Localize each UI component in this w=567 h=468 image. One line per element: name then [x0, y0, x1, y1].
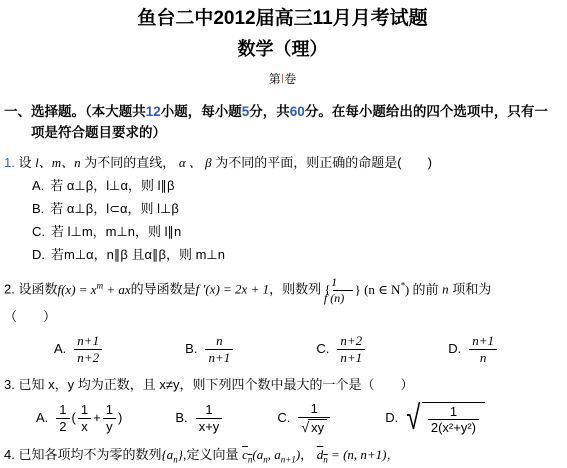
fraction: 1f (n) [333, 276, 353, 304]
formula-text: } (n ∈ N [355, 282, 401, 297]
fraction: 1y [103, 403, 116, 433]
fraction-denominator: n+1 [205, 349, 233, 365]
stem-text: 的导函数是 [131, 282, 196, 297]
formula-domain: } (n ∈ N*) 的前 [355, 282, 439, 297]
question-2-option-d: D.n+1n [448, 334, 499, 364]
fraction-numerator: n [205, 334, 233, 349]
formula-derivative: f ′(x) = 2x + 1 [196, 282, 269, 297]
fraction-denominator: 2(x²+y²) [428, 419, 479, 435]
option-label: A. [36, 409, 48, 428]
sqrt-symbol: √ [407, 401, 421, 435]
question-1-option-b: B.若 α⊥β，l⊂α，则 l⊥β [32, 199, 561, 219]
question-2: 2. 设函数f(x) = xm + ax的导函数是f ′(x) = 2x + 1… [4, 276, 561, 364]
fraction-denominator: √xy [298, 417, 330, 435]
fraction-denominator: n+2 [74, 349, 102, 365]
question-3-options: A.12(1x+1y) B.1x+y C.1√xy D.√12(x²+y²) [4, 401, 561, 435]
vector-d: dn = (n, n+1)， [317, 447, 400, 462]
question-4: 4. 已知各项均不为零的数列{an},定义向量 cn(an, an+1)， dn… [4, 446, 561, 465]
question-2-option-a: A.n+1n+2 [54, 334, 104, 364]
option-label: C. [316, 340, 329, 359]
exam-title: 鱼台二中2012届高三11月月考试题 [4, 8, 561, 31]
fraction-denominator: x+y [196, 418, 223, 434]
question-3-option-d: D.√12(x²+y²) [385, 401, 485, 435]
question-2-options: A.n+1n+2 B.nn+1 C.n+2n+1 D.n+1n [4, 334, 561, 364]
fraction-numerator: 1 [298, 402, 330, 417]
formula-fx: f(x) = xm + ax [57, 282, 130, 297]
stem-text: ，则下列四个数中最大的一个是（ ） [179, 377, 413, 392]
option-label: A. [54, 340, 66, 359]
sqrt-argument: xy [308, 419, 327, 435]
question-3-stem: 3. 已知 x，y 均为正数，且 x≠y，则下列四个数中最大的一个是（ ） [4, 376, 561, 395]
plus-sign: + [93, 409, 101, 428]
option-label: B. [185, 340, 197, 359]
vector-overline: dn [317, 447, 328, 462]
question-3-number: 3. [4, 377, 15, 392]
question-count: 12 [146, 104, 161, 119]
question-3-option-c: C.1√xy [277, 402, 332, 434]
question-3-option-a: A.12(1x+1y) [36, 403, 122, 433]
option-label: C. [277, 409, 290, 428]
volume-prefix: 第 [269, 72, 281, 86]
fraction: n+2n+1 [337, 334, 365, 364]
fraction-denominator: y [103, 418, 116, 434]
question-2-option-b: B.nn+1 [185, 334, 235, 364]
fraction: 12 [56, 403, 69, 433]
stem-text: 设 [18, 155, 35, 170]
option-label: B. [175, 409, 187, 428]
section-title: 一、选择题。（本大题共12小题，每小题5分，共60分。在每小题给出的四个选项中，… [4, 102, 561, 143]
fraction-numerator: 1 [428, 405, 479, 420]
fraction-denominator: f (n) [333, 290, 353, 305]
stem-text: 项和为 [452, 282, 491, 297]
vector-c: cn(an, an+1) [242, 447, 300, 462]
question-1-stem: 1. 设 l、m、n 为不同的直线， α 、 β 为不同的平面，则正确的命题是(… [4, 154, 561, 173]
sqrt-radical: √xy [301, 419, 327, 435]
question-1-option-d: D.若m⊥α，n∥β 且α∥β，则 m⊥n [32, 245, 561, 265]
formula-text: {a [161, 447, 173, 462]
math-condition: x≠y [159, 377, 179, 392]
fraction-denominator: n+1 [337, 349, 365, 365]
stem-text: ,定义向量 [183, 447, 242, 462]
stem-text: 为不同的直线， [81, 155, 179, 170]
formula-text: ) 的前 [405, 282, 439, 297]
formula-text: , a [268, 447, 281, 462]
paren-open: ( [72, 409, 76, 428]
question-2-option-c: C.n+2n+1 [316, 334, 367, 364]
option-text: 若 l⊥m，m⊥n，则 l∥n [51, 224, 181, 239]
question-3: 3. 已知 x，y 均为正数，且 x≠y，则下列四个数中最大的一个是（ ） A.… [4, 376, 561, 436]
stem-text: 为不同的平面，则正确的命题是( ) [212, 155, 432, 170]
question-4-stem: 4. 已知各项均不为零的数列{an},定义向量 cn(an, an+1)， dn… [4, 446, 561, 465]
formula-text: + ax [103, 282, 131, 297]
paren-close: ) [118, 409, 122, 428]
sequence-notation: {an} [161, 447, 182, 462]
option-text: 若 α⊥β，l⊥α，则 l∥β [50, 178, 174, 193]
fraction: nn+1 [205, 334, 233, 364]
fraction-numerator: 1 [103, 403, 116, 418]
sqrt-argument: 12(x²+y²) [422, 402, 485, 435]
math-variables: x，y [48, 377, 74, 392]
option-label: D. [32, 247, 45, 262]
stem-text: 已知 [18, 377, 48, 392]
question-2-number: 2. [4, 282, 15, 297]
option-label: A. [32, 178, 44, 193]
option-label: D. [448, 340, 461, 359]
math-variable-n: n [442, 282, 449, 297]
fraction-numerator: n+1 [74, 334, 102, 349]
stem-text: 已知各项均不为零的数列 [18, 447, 161, 462]
fraction-denominator: n [469, 349, 497, 365]
section-text: 一、选择题。（本大题共 [4, 104, 146, 119]
fraction-denominator: x [78, 418, 91, 434]
math-variables: l、m、n [35, 155, 81, 170]
fraction: 12(x²+y²) [428, 405, 479, 435]
total-points: 60 [290, 104, 305, 119]
stem-text: 均为正数，且 [74, 377, 159, 392]
question-1: 1. 设 l、m、n 为不同的直线， α 、 β 为不同的平面，则正确的命题是(… [4, 154, 561, 265]
subscript: n+1 [281, 455, 296, 465]
section-text: 分，共 [249, 104, 290, 119]
option-text: 若 α⊥β，l⊂α，则 l⊥β [50, 201, 179, 216]
question-1-option-c: C.若 l⊥m，m⊥n，则 l∥n [32, 222, 561, 242]
stem-text: ，则数列 { [269, 282, 331, 297]
fraction-numerator: n+1 [469, 334, 497, 349]
question-1-option-a: A.若 α⊥β，l⊥α，则 l∥β [32, 176, 561, 196]
math-variables: α 、 β [179, 155, 212, 170]
fraction-numerator: 1 [78, 403, 91, 418]
formula-text: (a [252, 447, 263, 462]
exam-paper: 鱼台二中2012届高三11月月考试题 数学（理） 第Ⅰ卷 一、选择题。（本大题共… [0, 0, 567, 465]
section-text: 小题，每小题 [161, 104, 242, 119]
stem-text: ， [300, 447, 317, 462]
exam-subtitle: 数学（理） [4, 39, 561, 61]
sqrt-radical: √12(x²+y²) [404, 401, 485, 435]
option-label: D. [385, 409, 398, 428]
fraction-denominator: 2 [56, 418, 69, 434]
fraction: n+1n [469, 334, 497, 364]
volume-suffix: 卷 [284, 72, 296, 86]
fraction: n+1n+2 [74, 334, 102, 364]
option-text: 若m⊥α，n∥β 且α∥β，则 m⊥n [51, 247, 225, 262]
vector-overline: cn [242, 447, 252, 462]
fraction-numerator: n+2 [337, 334, 365, 349]
question-3-option-b: B.1x+y [175, 403, 224, 433]
fraction: 1√xy [298, 402, 330, 434]
option-label: B. [32, 201, 44, 216]
question-2-stem: 2. 设函数f(x) = xm + ax的导函数是f ′(x) = 2x + 1… [4, 276, 561, 304]
fraction-numerator: 1 [56, 403, 69, 418]
question-4-number: 4. [4, 447, 15, 462]
fraction-numerator: 1 [333, 276, 353, 290]
fraction: 1x+y [196, 403, 223, 433]
volume-label: 第Ⅰ卷 [4, 70, 561, 87]
formula-text: f(x) = x [57, 282, 96, 297]
answer-parentheses: （ ） [4, 308, 561, 327]
option-label: C. [32, 224, 45, 239]
question-1-number: 1. [4, 155, 15, 170]
fraction-numerator: 1 [196, 403, 223, 418]
formula-text: = (n, n+1)， [328, 447, 400, 462]
stem-text: 设函数 [18, 282, 57, 297]
fraction: 1x [78, 403, 91, 433]
